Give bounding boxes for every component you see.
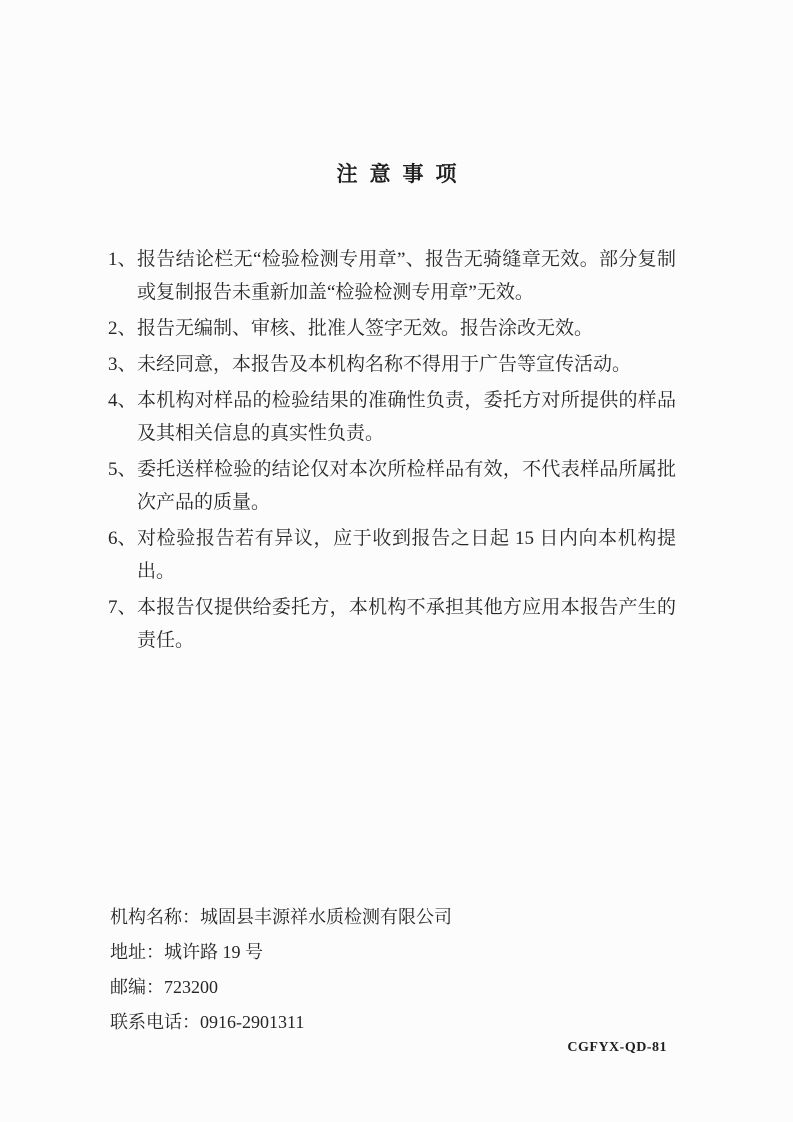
org-postcode-value: 723200 bbox=[164, 977, 218, 997]
note-text: 报告结论栏无“检验检测专用章”、报告无骑缝章无效。部分复制或复制报告未重新加盖“… bbox=[137, 243, 676, 309]
org-postcode-label: 邮编： bbox=[110, 977, 164, 997]
list-item: 2、 报告无编制、审核、批准人签字无效。报告涂改无效。 bbox=[108, 312, 676, 345]
org-name-label: 机构名称： bbox=[110, 907, 200, 927]
org-address-value: 城许路 19 号 bbox=[164, 942, 263, 962]
org-postcode-line: 邮编：723200 bbox=[110, 970, 452, 1005]
note-text: 本报告仅提供给委托方，本机构不承担其他方应用本报告产生的责任。 bbox=[137, 591, 676, 657]
list-item: 5、 委托送样检验的结论仅对本次所检样品有效，不代表样品所属批次产品的质量。 bbox=[108, 453, 676, 519]
note-text: 对检验报告若有异议，应于收到报告之日起 15 日内向本机构提出。 bbox=[137, 522, 676, 588]
list-item: 1、 报告结论栏无“检验检测专用章”、报告无骑缝章无效。部分复制或复制报告未重新… bbox=[108, 243, 676, 309]
note-number: 4、 bbox=[108, 384, 137, 450]
org-info-block: 机构名称：城固县丰源祥水质检测有限公司 地址：城许路 19 号 邮编：72320… bbox=[110, 900, 452, 1040]
list-item: 3、 未经同意，本报告及本机构名称不得用于广告等宣传活动。 bbox=[108, 348, 676, 381]
note-number: 5、 bbox=[108, 453, 137, 519]
note-number: 1、 bbox=[108, 243, 137, 309]
org-phone-label: 联系电话： bbox=[110, 1012, 200, 1032]
note-text: 委托送样检验的结论仅对本次所检样品有效，不代表样品所属批次产品的质量。 bbox=[137, 453, 676, 519]
org-phone-line: 联系电话：0916-2901311 bbox=[110, 1005, 452, 1040]
org-name-value: 城固县丰源祥水质检测有限公司 bbox=[200, 907, 452, 927]
document-page: 注意事项 1、 报告结论栏无“检验检测专用章”、报告无骑缝章无效。部分复制或复制… bbox=[0, 0, 793, 1122]
note-text: 本机构对样品的检验结果的准确性负责，委托方对所提供的样品及其相关信息的真实性负责… bbox=[137, 384, 676, 450]
list-item: 6、 对检验报告若有异议，应于收到报告之日起 15 日内向本机构提出。 bbox=[108, 522, 676, 588]
org-address-label: 地址： bbox=[110, 942, 164, 962]
note-number: 3、 bbox=[108, 348, 137, 381]
document-code: CGFYX-QD-81 bbox=[567, 1040, 667, 1056]
org-phone-value: 0916-2901311 bbox=[200, 1012, 304, 1032]
org-address-line: 地址：城许路 19 号 bbox=[110, 935, 452, 970]
page-title: 注意事项 bbox=[0, 158, 793, 188]
note-number: 6、 bbox=[108, 522, 137, 588]
org-name-line: 机构名称：城固县丰源祥水质检测有限公司 bbox=[110, 900, 452, 935]
note-number: 2、 bbox=[108, 312, 137, 345]
note-text: 未经同意，本报告及本机构名称不得用于广告等宣传活动。 bbox=[137, 348, 676, 381]
list-item: 4、 本机构对样品的检验结果的准确性负责，委托方对所提供的样品及其相关信息的真实… bbox=[108, 384, 676, 450]
note-number: 7、 bbox=[108, 591, 137, 657]
note-text: 报告无编制、审核、批准人签字无效。报告涂改无效。 bbox=[137, 312, 676, 345]
notes-list: 1、 报告结论栏无“检验检测专用章”、报告无骑缝章无效。部分复制或复制报告未重新… bbox=[108, 243, 676, 660]
list-item: 7、 本报告仅提供给委托方，本机构不承担其他方应用本报告产生的责任。 bbox=[108, 591, 676, 657]
